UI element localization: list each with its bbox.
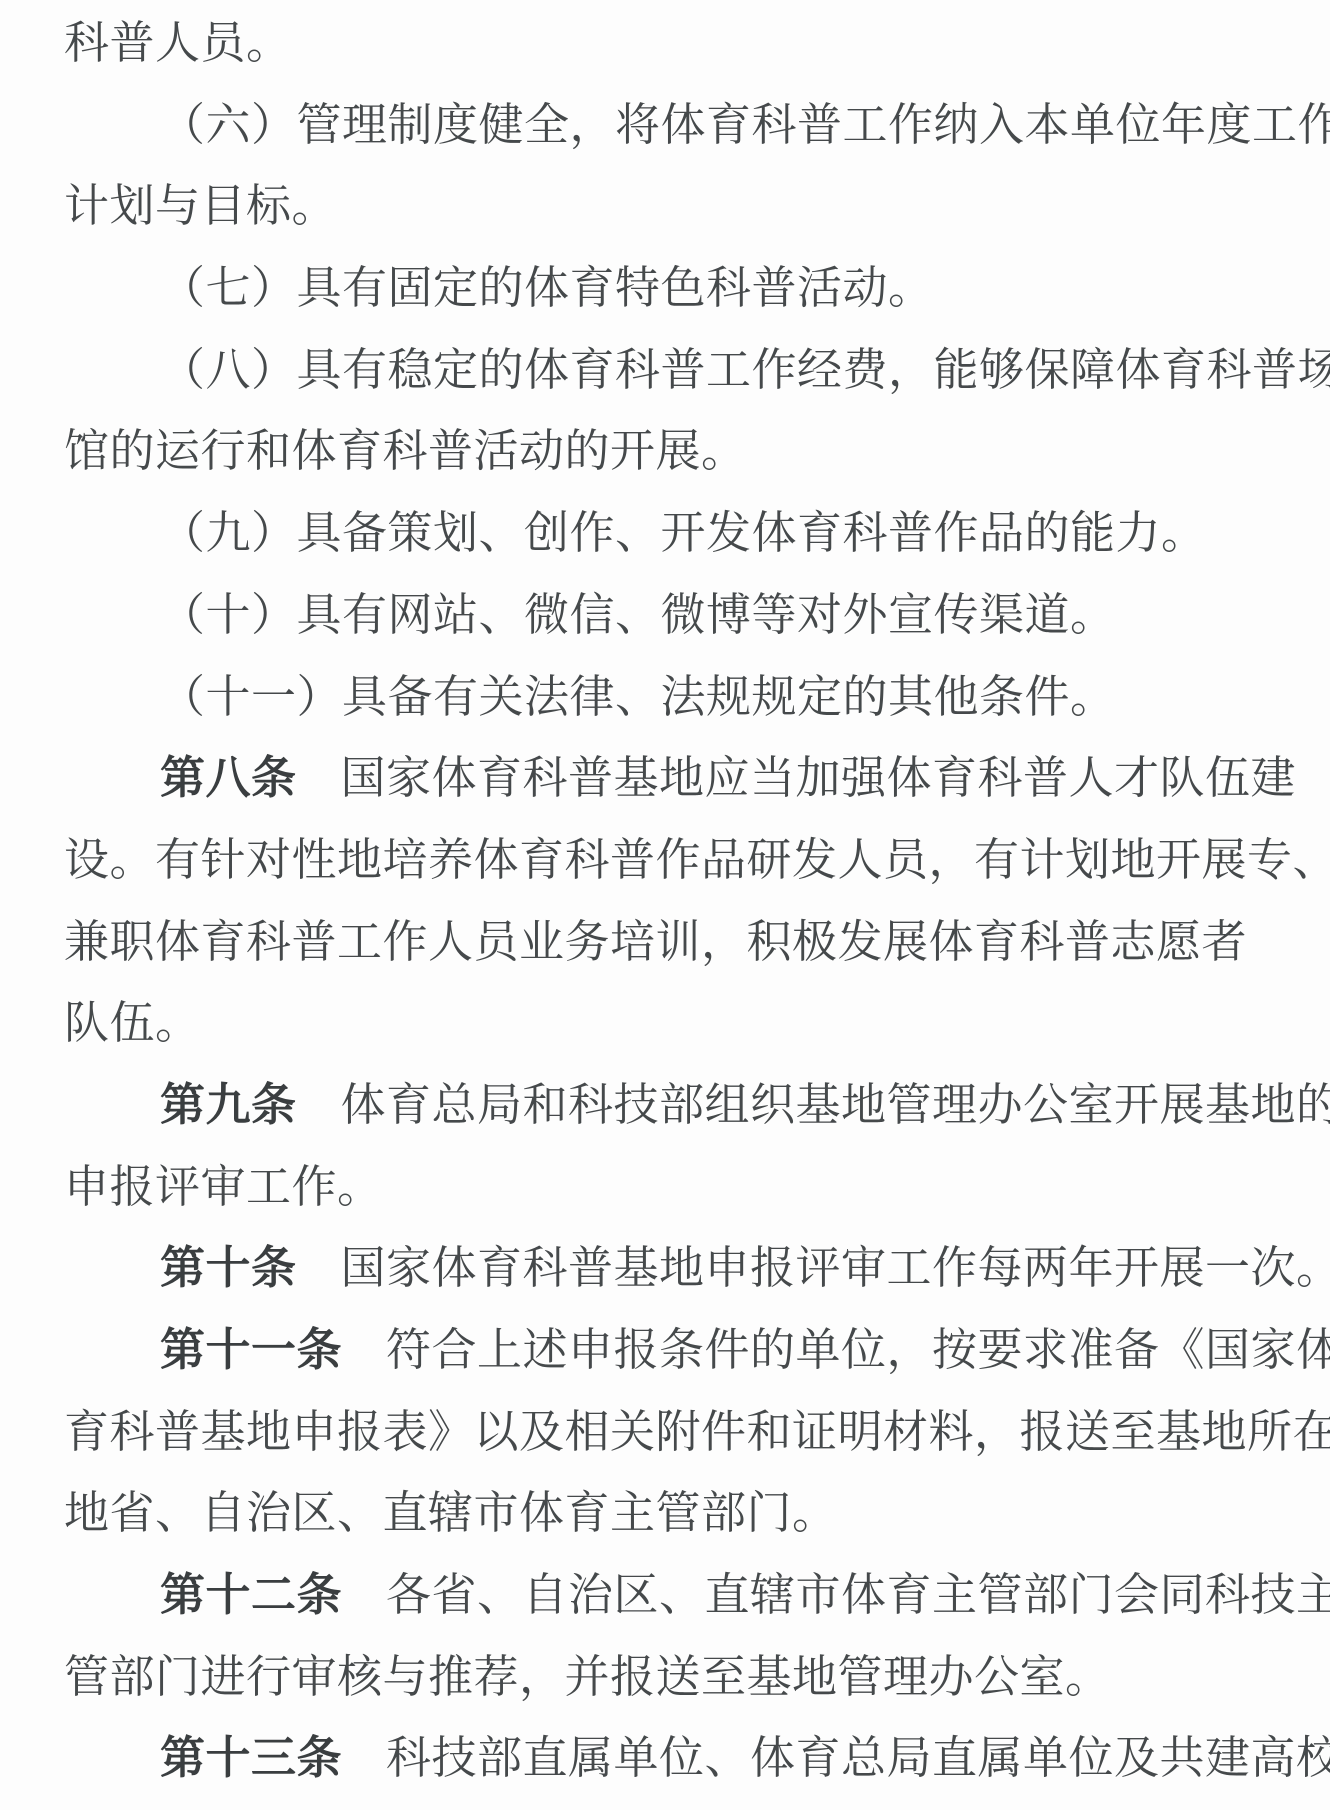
text-line: 科普人员。 — [64, 3, 1300, 85]
text-line: 第十条国家体育科普基地申报评审工作每两年开展一次。 — [64, 1228, 1300, 1310]
line-text: （十）具有网站、微信、微博等对外宣传渠道。 — [160, 590, 1116, 640]
line-text: 地省、自治区、直辖市体育主管部门。 — [64, 1488, 838, 1538]
article-number: 第八条 — [160, 753, 297, 803]
article-number: 第九条 — [160, 1080, 297, 1130]
line-text: （七）具有固定的体育特色科普活动。 — [160, 263, 934, 313]
line-text: 育科普基地申报表》以及相关附件和证明材料，报送至基地所在 — [64, 1407, 1330, 1457]
line-text: 管部门进行审核与推荐，并报送至基地管理办公室。 — [64, 1652, 1111, 1702]
line-text: 兼职体育科普工作人员业务培训，积极发展体育科普志愿者 — [64, 917, 1247, 967]
text-line: 计划与目标。 — [64, 166, 1300, 248]
text-line: 育科普基地申报表》以及相关附件和证明材料，报送至基地所在 — [64, 1392, 1300, 1474]
text-line: （十）具有网站、微信、微博等对外宣传渠道。 — [64, 575, 1300, 657]
line-text: 设。有针对性地培养体育科普作品研发人员，有计划地开展专、 — [64, 835, 1330, 885]
text-line: 设。有针对性地培养体育科普作品研发人员，有计划地开展专、 — [64, 820, 1300, 902]
article-number: 第十三条 — [160, 1733, 342, 1783]
text-line: 第八条国家体育科普基地应当加强体育科普人才队伍建 — [64, 738, 1300, 820]
line-text: 国家体育科普基地应当加强体育科普人才队伍建 — [341, 753, 1297, 803]
text-line: 第十二条各省、自治区、直辖市体育主管部门会同科技主 — [64, 1555, 1300, 1637]
text-line: 馆的运行和体育科普活动的开展。 — [64, 411, 1300, 493]
line-text: 馆的运行和体育科普活动的开展。 — [64, 426, 747, 476]
article-number: 第十一条 — [160, 1325, 342, 1375]
line-text: 符合上述申报条件的单位，按要求准备《国家体 — [386, 1325, 1330, 1375]
text-line: （七）具有固定的体育特色科普活动。 — [64, 248, 1300, 330]
text-line: 地省、自治区、直辖市体育主管部门。 — [64, 1473, 1300, 1555]
line-text: （十一）具备有关法律、法规规定的其他条件。 — [160, 672, 1116, 722]
line-text: 科技部直属单位、体育总局直属单位及共建高校 — [386, 1733, 1330, 1783]
text-line: 管部门进行审核与推荐，并报送至基地管理办公室。 — [64, 1637, 1300, 1719]
text-line: （六）管理制度健全，将体育科普工作纳入本单位年度工作 — [64, 85, 1300, 167]
document-body: 科普人员。（六）管理制度健全，将体育科普工作纳入本单位年度工作计划与目标。（七）… — [64, 3, 1300, 1800]
text-line: 申报评审工作。 — [64, 1147, 1300, 1229]
article-number: 第十二条 — [160, 1570, 342, 1620]
text-line: 第十一条符合上述申报条件的单位，按要求准备《国家体 — [64, 1310, 1300, 1392]
line-text: （六）管理制度健全，将体育科普工作纳入本单位年度工作 — [160, 100, 1330, 150]
text-line: （十一）具备有关法律、法规规定的其他条件。 — [64, 657, 1300, 739]
line-text: 计划与目标。 — [64, 181, 337, 231]
line-text: （九）具备策划、创作、开发体育科普作品的能力。 — [160, 508, 1207, 558]
line-text: 各省、自治区、直辖市体育主管部门会同科技主 — [386, 1570, 1330, 1620]
text-line: 第十三条科技部直属单位、体育总局直属单位及共建高校 — [64, 1718, 1300, 1800]
text-line: 队伍。 — [64, 983, 1300, 1065]
article-number: 第十条 — [160, 1243, 297, 1293]
line-text: 申报评审工作。 — [64, 1162, 383, 1212]
line-text: （八）具有稳定的体育科普工作经费，能够保障体育科普场 — [160, 345, 1330, 395]
line-text: 科普人员。 — [64, 18, 292, 68]
line-text: 体育总局和科技部组织基地管理办公室开展基地的 — [341, 1080, 1330, 1130]
line-text: 队伍。 — [64, 998, 201, 1048]
line-text: 国家体育科普基地申报评审工作每两年开展一次。 — [341, 1243, 1330, 1293]
text-line: 第九条体育总局和科技部组织基地管理办公室开展基地的 — [64, 1065, 1300, 1147]
document-page: 科普人员。（六）管理制度健全，将体育科普工作纳入本单位年度工作计划与目标。（七）… — [0, 0, 1330, 1810]
text-line: （九）具备策划、创作、开发体育科普作品的能力。 — [64, 493, 1300, 575]
text-line: （八）具有稳定的体育科普工作经费，能够保障体育科普场 — [64, 330, 1300, 412]
text-line: 兼职体育科普工作人员业务培训，积极发展体育科普志愿者 — [64, 902, 1300, 984]
